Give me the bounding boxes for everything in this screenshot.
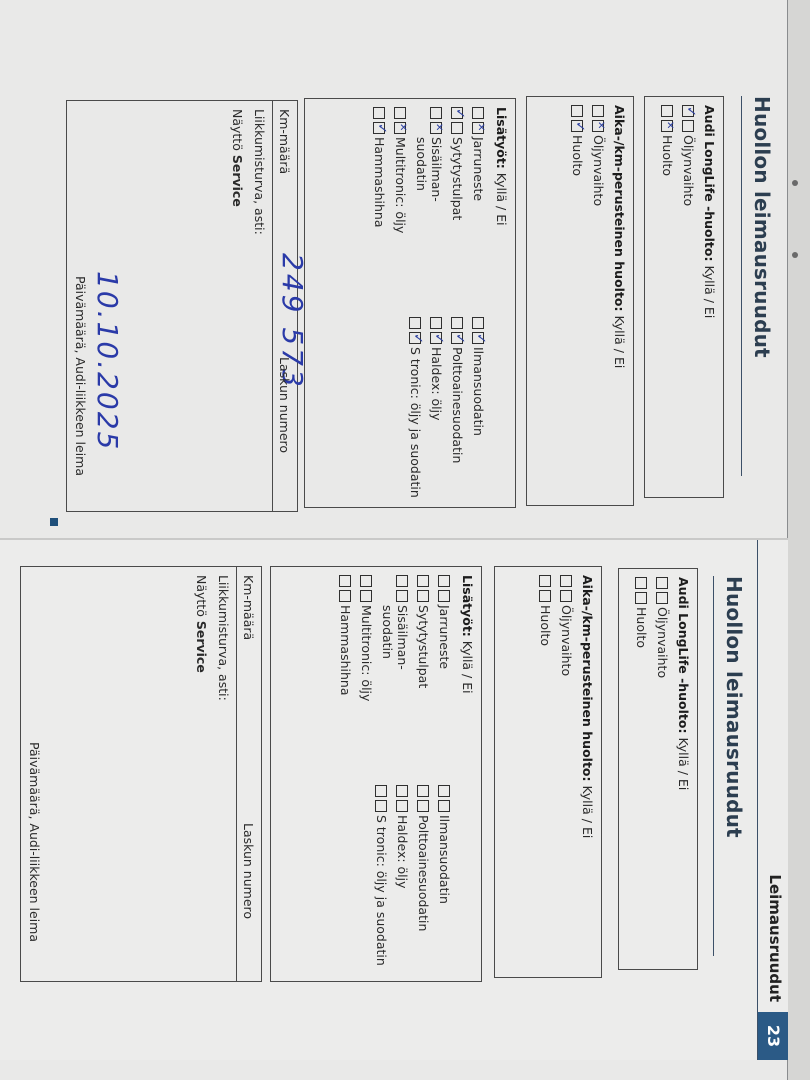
checkbox-yes[interactable]	[394, 107, 406, 119]
checkbox-no[interactable]	[396, 590, 408, 602]
checkbox-row: Öljynvaihto	[655, 577, 670, 961]
checkbox-label: Sisäilman-suodatin	[414, 137, 444, 202]
extras-right-column: IlmansuodatinPolttoainesuodatinHaldex: ö…	[372, 309, 492, 507]
longlife-heading: Audi LongLife -huolto: Kyllä / Ei	[676, 577, 691, 961]
km-divider	[236, 567, 237, 981]
extras-heading: Lisätyöt: Kyllä / Ei	[494, 107, 509, 499]
checkbox-row: Sisäilman-suodatin	[414, 107, 444, 301]
checkbox-yes[interactable]	[409, 317, 421, 329]
checkbox-no[interactable]	[396, 800, 408, 812]
checkbox-yes[interactable]	[560, 575, 572, 587]
longlife-heading: Audi LongLife -huolto: Kyllä / Ei	[702, 105, 717, 489]
page-number: 23	[758, 1012, 788, 1060]
checkbox-no[interactable]	[539, 590, 551, 602]
checkbox-label: Öljynvaihto	[681, 135, 696, 206]
checkbox-label: S tronic: öljy ja suodatin	[374, 815, 389, 966]
checkbox-no[interactable]	[560, 590, 572, 602]
checkbox-no[interactable]	[417, 800, 429, 812]
checkbox-yes[interactable]	[396, 575, 408, 587]
running-head-title: Leimausruudut	[766, 874, 784, 1002]
checkbox-label: Ilmansuodatin	[471, 347, 486, 436]
longlife-box: Audi LongLife -huolto: Kyllä / Ei Öljynv…	[644, 96, 724, 498]
invoice-label: Laskun numero	[277, 357, 292, 453]
checkbox-label: Multitronic: öljy	[359, 605, 374, 701]
checkbox-no[interactable]	[417, 590, 429, 602]
checkbox-row: Multitronic: öljy	[393, 107, 408, 301]
checkbox-no[interactable]	[373, 122, 385, 134]
checkbox-label: Polttoainesuodatin	[416, 815, 431, 931]
checkbox-row: Multitronic: öljy	[359, 575, 374, 769]
checkbox-yes[interactable]	[635, 577, 647, 589]
checkbox-no[interactable]	[430, 332, 442, 344]
checkbox-label: Hammashihna	[338, 605, 353, 696]
checkbox-no[interactable]	[394, 122, 406, 134]
checkbox-row: Huolto	[660, 105, 675, 489]
checkbox-yes[interactable]	[339, 575, 351, 587]
checkbox-no[interactable]	[571, 120, 583, 132]
checkbox-row: Jarruneste	[437, 575, 452, 769]
record-box: Km-määrä Laskun numero Liikkumisturva, a…	[20, 566, 262, 982]
page-title: Huollon leimausruudut	[722, 576, 746, 838]
checkbox-no[interactable]	[438, 800, 450, 812]
checkbox-yes[interactable]	[656, 577, 668, 589]
checkbox-no[interactable]	[409, 332, 421, 344]
right-page: Leimausruudut 23 Huollon leimausruudut A…	[0, 540, 788, 1060]
checkbox-row: Jarruneste	[471, 107, 486, 301]
extras-left-column: JarrunesteSytytystulpatSisäilman-suodati…	[372, 99, 492, 309]
display-label: Näyttö Service	[194, 575, 209, 673]
extras-right-column: IlmansuodatinPolttoainesuodatinHaldex: ö…	[338, 777, 458, 981]
time-km-heading: Aika-/km-perusteinen huolto: Kyllä / Ei	[580, 575, 595, 969]
time-km-box: Aika-/km-perusteinen huolto: Kyllä / Ei …	[526, 96, 634, 506]
checkbox-yes[interactable]	[430, 107, 442, 119]
checkbox-label: Huolto	[660, 135, 675, 176]
km-label: Km-määrä	[277, 109, 292, 174]
checkbox-row: Hammashihna	[372, 107, 387, 301]
checkbox-row: Sytytystulpat	[416, 575, 431, 769]
checkbox-row: Sytytystulpat	[450, 107, 465, 301]
checkbox-no[interactable]	[661, 120, 673, 132]
checkbox-row: Hammashihna	[338, 575, 353, 769]
checkbox-no[interactable]	[635, 592, 647, 604]
checkbox-label: S tronic: öljy ja suodatin	[408, 347, 423, 498]
checkbox-row: Ilmansuodatin	[471, 317, 486, 499]
title-rule	[741, 96, 742, 476]
page-marker-square	[50, 518, 58, 526]
checkbox-row: Haldex: öljy	[395, 785, 410, 973]
checkbox-label: Hammashihna	[372, 137, 387, 228]
checkbox-row: S tronic: öljy ja suodatin	[408, 317, 423, 499]
checkbox-label: Öljynvaihto	[559, 605, 574, 676]
checkbox-no[interactable]	[438, 590, 450, 602]
checkbox-label: Ilmansuodatin	[437, 815, 452, 904]
display-label: Näyttö Service	[230, 109, 245, 207]
checkbox-label: Huolto	[634, 607, 649, 648]
checkbox-row: Öljynvaihto	[591, 105, 606, 497]
checkbox-yes[interactable]	[417, 575, 429, 587]
checkbox-yes[interactable]	[373, 107, 385, 119]
checkbox-label: Jarruneste	[437, 605, 452, 669]
left-page: Huollon leimausruudut Audi LongLife -huo…	[0, 0, 788, 520]
checkbox-row: Sisäilman-suodatin	[380, 575, 410, 769]
checkbox-no[interactable]	[592, 120, 604, 132]
checkbox-yes[interactable]	[472, 107, 484, 119]
checkbox-no[interactable]	[472, 122, 484, 134]
time-km-heading: Aika-/km-perusteinen huolto: Kyllä / Ei	[612, 105, 627, 497]
checkbox-yes[interactable]	[661, 105, 673, 117]
checkbox-row: Haldex: öljy	[429, 317, 444, 499]
checkbox-yes[interactable]	[438, 575, 450, 587]
date-handwritten[interactable]: 10.10.2025	[91, 271, 124, 451]
stamp-label: Päivämäärä, Audi-liikkeen leima	[27, 742, 42, 942]
checkbox-label: Sisäilman-suodatin	[380, 605, 410, 670]
checkbox-row: Öljynvaihto	[681, 105, 696, 489]
longlife-items: ÖljynvaihtoHuolto	[634, 569, 670, 969]
warranty-label: Liikkumisturva, asti:	[216, 575, 231, 701]
extras-box: Lisätyöt: Kyllä / Ei JarrunesteSytytystu…	[270, 566, 482, 982]
checkbox-row: Huolto	[538, 575, 553, 969]
checkbox-label: Huolto	[538, 605, 553, 646]
checkbox-yes[interactable]	[438, 785, 450, 797]
time-km-items: ÖljynvaihtoHuolto	[538, 567, 574, 977]
checkbox-no[interactable]	[451, 122, 463, 134]
stamp-label: Päivämäärä, Audi-liikkeen leima	[73, 276, 88, 476]
checkbox-row: Huolto	[570, 105, 585, 497]
checkbox-yes[interactable]	[396, 785, 408, 797]
checkbox-yes[interactable]	[472, 317, 484, 329]
extras-left-column: JarrunesteSytytystulpatSisäilman-suodati…	[338, 567, 458, 777]
checkbox-label: Sytytystulpat	[416, 605, 431, 688]
checkbox-label: Öljynvaihto	[591, 135, 606, 206]
checkbox-yes[interactable]	[417, 785, 429, 797]
checkbox-no[interactable]	[360, 590, 372, 602]
longlife-box: Audi LongLife -huolto: Kyllä / Ei Öljynv…	[618, 568, 698, 970]
extras-heading: Lisätyöt: Kyllä / Ei	[460, 575, 475, 973]
service-booklet-spread: Huollon leimausruudut Audi LongLife -huo…	[0, 0, 810, 1080]
running-header: Leimausruudut 23	[752, 540, 788, 1060]
checkbox-yes[interactable]	[682, 105, 694, 117]
warranty-label: Liikkumisturva, asti:	[252, 109, 267, 235]
checkbox-row: S tronic: öljy ja suodatin	[374, 785, 389, 973]
staple	[792, 252, 798, 258]
checkbox-label: Haldex: öljy	[395, 815, 410, 889]
checkbox-label: Sytytystulpat	[450, 137, 465, 220]
checkbox-yes[interactable]	[360, 575, 372, 587]
checkbox-yes[interactable]	[375, 785, 387, 797]
checkbox-no[interactable]	[339, 590, 351, 602]
invoice-label: Laskun numero	[241, 823, 256, 919]
booklet-spine	[787, 0, 810, 1080]
checkbox-yes[interactable]	[571, 105, 583, 117]
checkbox-yes[interactable]	[539, 575, 551, 587]
km-divider	[272, 101, 273, 511]
checkbox-no[interactable]	[451, 332, 463, 344]
checkbox-row: Polttoainesuodatin	[450, 317, 465, 499]
km-label: Km-määrä	[241, 575, 256, 640]
extras-box: Lisätyöt: Kyllä / Ei JarrunesteSytytystu…	[304, 98, 516, 508]
checkbox-yes[interactable]	[451, 317, 463, 329]
checkbox-no[interactable]	[472, 332, 484, 344]
time-km-items: ÖljynvaihtoHuolto	[570, 97, 606, 505]
checkbox-no[interactable]	[682, 120, 694, 132]
staple	[792, 180, 798, 186]
header-rule	[757, 540, 758, 1060]
checkbox-label: Polttoainesuodatin	[450, 347, 465, 463]
checkbox-label: Haldex: öljy	[429, 347, 444, 421]
checkbox-no[interactable]	[375, 800, 387, 812]
title-rule	[713, 576, 714, 956]
record-box: Km-määrä 249 573 Laskun numero - Liikkum…	[66, 100, 298, 512]
checkbox-label: Multitronic: öljy	[393, 137, 408, 233]
checkbox-yes[interactable]	[430, 317, 442, 329]
checkbox-no[interactable]	[430, 122, 442, 134]
checkbox-no[interactable]	[656, 592, 668, 604]
checkbox-row: Huolto	[634, 577, 649, 961]
time-km-box: Aika-/km-perusteinen huolto: Kyllä / Ei …	[494, 566, 602, 978]
checkbox-row: Polttoainesuodatin	[416, 785, 431, 973]
checkbox-label: Jarruneste	[471, 137, 486, 201]
checkbox-label: Huolto	[570, 135, 585, 176]
longlife-items: ÖljynvaihtoHuolto	[660, 97, 696, 497]
checkbox-label: Öljynvaihto	[655, 607, 670, 678]
checkbox-row: Ilmansuodatin	[437, 785, 452, 973]
checkbox-yes[interactable]	[592, 105, 604, 117]
checkbox-row: Öljynvaihto	[559, 575, 574, 969]
page-title: Huollon leimausruudut	[750, 96, 774, 358]
checkbox-yes[interactable]	[451, 107, 463, 119]
